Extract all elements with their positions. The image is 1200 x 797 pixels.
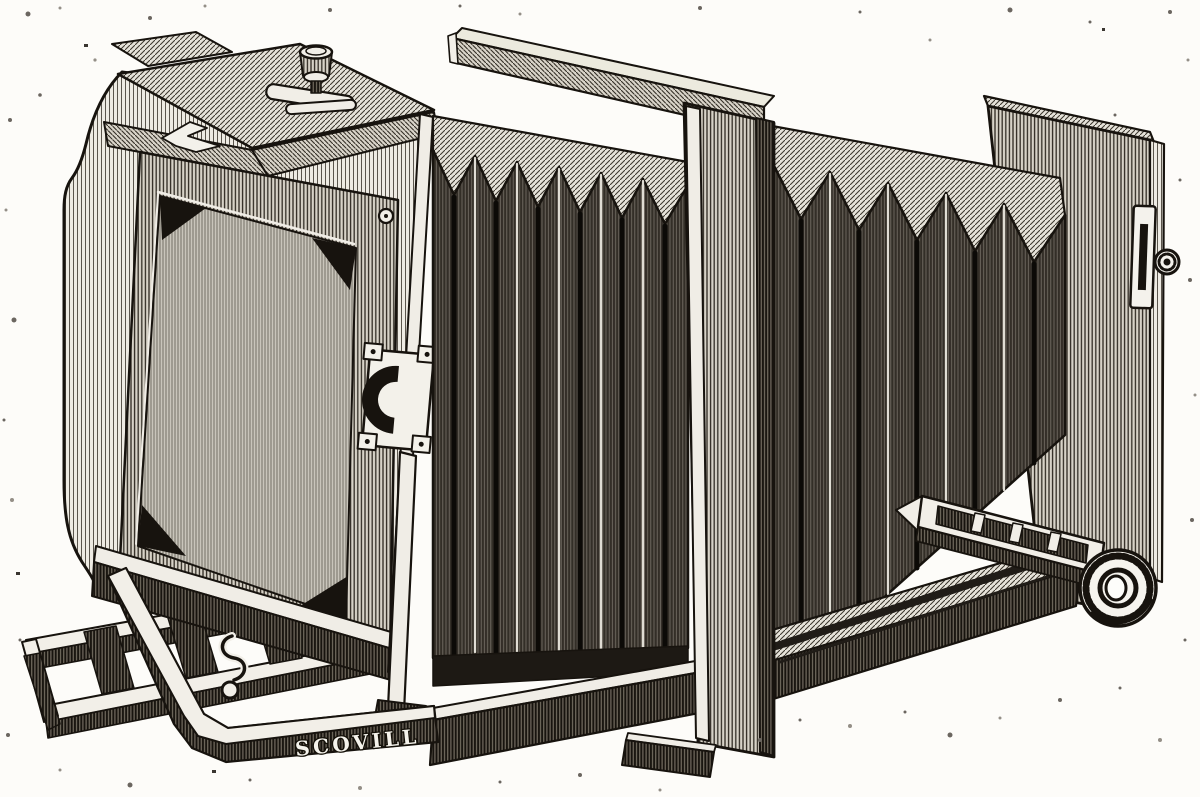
side-thumbscrew — [1155, 250, 1179, 274]
focus-wheel — [1080, 550, 1156, 626]
bellows-rear-section — [433, 116, 688, 686]
spring-back-latch — [356, 341, 439, 455]
engraving-page: SCOVILL — [0, 0, 1200, 797]
ground-glass-panel — [138, 196, 356, 618]
bellows-pleats — [433, 150, 688, 658]
camera-engraving: SCOVILL — [0, 0, 1200, 797]
lens-board-latch — [1130, 206, 1156, 309]
